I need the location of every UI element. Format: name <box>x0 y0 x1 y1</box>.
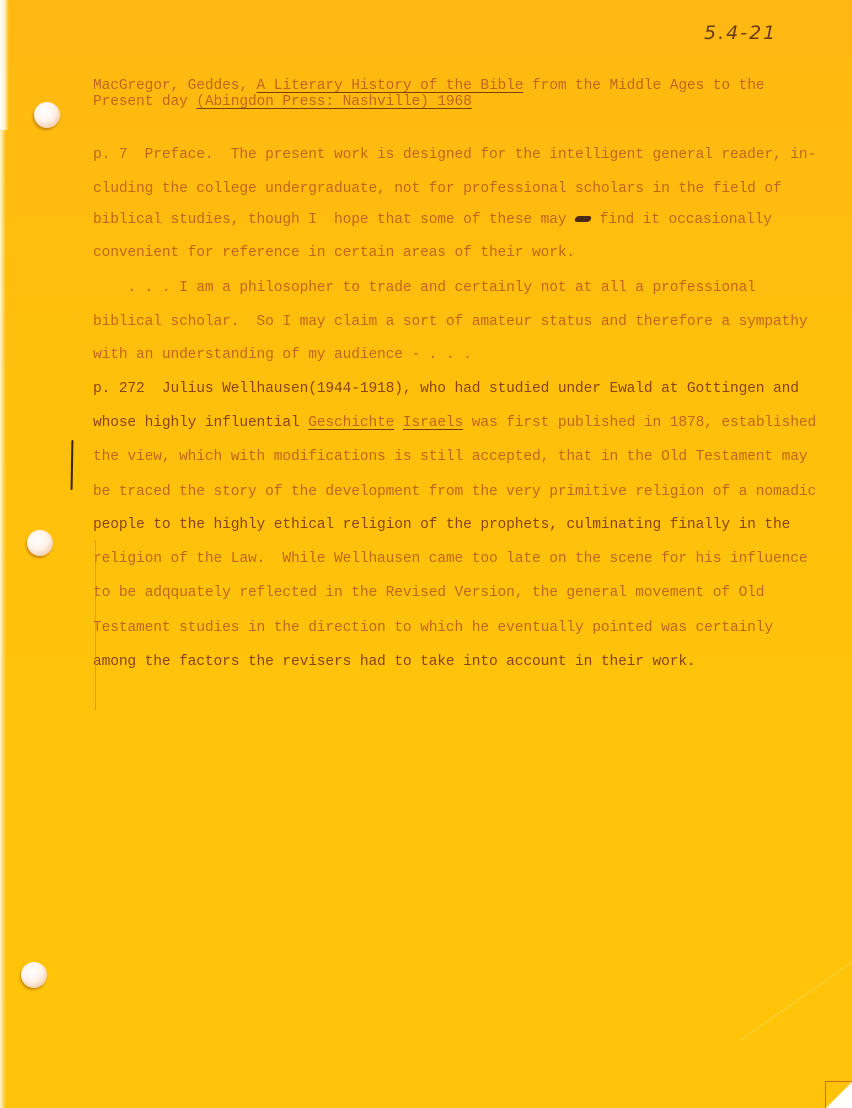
excerpt-1-line-1: p. 7 Preface. The present work is design… <box>93 147 816 163</box>
excerpt-1-line-3-text: biblical studies, though I hope that som… <box>93 212 575 228</box>
excerpt-2-line-2: biblical scholar. So I may claim a sort … <box>93 314 807 330</box>
citation-line-2: Present day (Abingdon Press: Nashville) … <box>93 94 472 110</box>
excerpt-3-line-3: the view, which with modifications is st… <box>93 449 807 465</box>
excerpt-3-line-2-end: was first published in 1878, established <box>463 415 816 431</box>
punch-hole-bottom <box>21 962 47 988</box>
citation-subtitle-end: Present day <box>93 94 196 110</box>
citation-title: A Literary History of the Bible <box>257 78 524 94</box>
handwritten-page-note: 5.4-21 <box>704 22 777 44</box>
book-title-israels: Israels <box>403 415 463 431</box>
citation-year: 1968 <box>429 94 472 110</box>
paper-torn-edge <box>0 0 9 130</box>
excerpt-3-line-7: to be adqquately reflected in the Revise… <box>93 585 764 601</box>
excerpt-3-line-5: people to the highly ethical religion of… <box>93 517 790 533</box>
excerpt-3-line-6: religion of the Law. While Wellhausen ca… <box>93 551 807 567</box>
margin-ruled-line <box>95 540 96 710</box>
paper-left-edge <box>0 0 6 1108</box>
struck-out-word <box>574 216 592 222</box>
excerpt-3-line-9: among the factors the revisers had to ta… <box>93 654 696 670</box>
excerpt-1-line-4: convenient for reference in certain area… <box>93 245 575 261</box>
excerpt-2-line-3: with an understanding of my audience - .… <box>93 347 472 363</box>
excerpt-3-line-1: p. 272 Julius Wellhausen(1944-1918), who… <box>93 381 799 397</box>
citation-subtitle: from the Middle Ages to the <box>523 78 764 94</box>
book-title-geschichte: Geschichte <box>308 415 394 431</box>
excerpt-3-line-4: be traced the story of the development f… <box>93 484 816 500</box>
excerpt-2-line-1: . . . I am a philosopher to trade and ce… <box>93 280 756 296</box>
excerpt-3-line-8: Testament studies in the direction to wh… <box>93 620 773 636</box>
excerpt-1-line-3-end: find it occasionally <box>591 212 772 228</box>
punch-hole-top <box>34 102 60 128</box>
citation-line-1: MacGregor, Geddes, A Literary History of… <box>93 78 764 94</box>
citation-author: MacGregor, Geddes, <box>93 78 257 94</box>
excerpt-3-line-2-text: whose highly influential <box>93 415 308 431</box>
citation-publisher: (Abingdon Press: Nashville) <box>196 94 428 110</box>
folded-corner <box>825 1081 852 1108</box>
punch-hole-middle <box>27 530 53 556</box>
excerpt-1-line-2: cluding the college undergraduate, not f… <box>93 181 782 197</box>
excerpt-1-line-3: biblical studies, though I hope that som… <box>93 212 772 228</box>
excerpt-3-line-2: whose highly influential Geschichte Isra… <box>93 415 816 431</box>
